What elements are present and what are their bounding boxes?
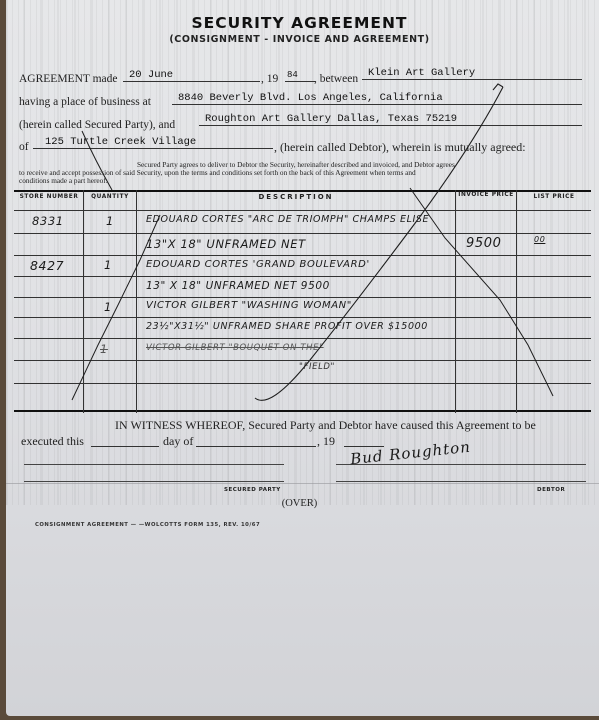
description-cell: EDOUARD CORTES "ARC DE TRIOMPH" CHAMPS E… (146, 214, 429, 225)
header-list-price: LIST PRICE (517, 194, 591, 201)
quantity-cell: 1 (104, 300, 112, 314)
column-divider (83, 190, 84, 413)
row-divider (14, 233, 591, 234)
witness-statement: IN WITNESS WHEREOF, Secured Party and De… (115, 418, 536, 433)
header-store-number: STORE NUMBER (18, 194, 80, 201)
description-cell: VICTOR GILBERT "BOUQUET ON THE" (146, 343, 324, 353)
secured-party-name-field: Klein Art Gallery (362, 67, 582, 80)
terms-line-3: conditions made a part hereof: (19, 177, 108, 185)
document-title: SECURITY AGREEMENT (0, 14, 599, 32)
row-divider (14, 383, 591, 384)
description-cell: "FIELD" (299, 362, 335, 372)
day-of-label: day of (163, 434, 193, 449)
year-prefix-label: , 19 (261, 73, 278, 85)
header-description: DESCRIPTION (137, 194, 455, 201)
debtor-signature-line (336, 481, 586, 482)
row-divider (14, 317, 591, 318)
secured-party-signature-line-upper (24, 464, 284, 465)
quantity-cell: 1 (100, 342, 108, 356)
quantity-cell: 1 (106, 214, 114, 228)
invoice-price-cell: 9500 (466, 236, 501, 251)
of-label: of (19, 141, 29, 153)
debtor-address-field: 125 Turtle Creek Village (33, 136, 273, 149)
paper-fold (6, 483, 599, 484)
description-cell: VICTOR GILBERT "WASHING WOMAN" (146, 300, 352, 311)
description-cell: EDOUARD CORTES 'GRAND BOULEVARD' (146, 259, 370, 270)
header-quantity: QUANTITY (84, 194, 136, 201)
list-price-cell: 00 (534, 235, 545, 244)
row-divider (14, 276, 591, 277)
form-footer: CONSIGNMENT AGREEMENT — —WOLCOTTS FORM 1… (35, 522, 260, 528)
row-divider (14, 255, 591, 256)
column-divider (455, 190, 456, 413)
store-number-cell: 8427 (30, 258, 64, 273)
debtor-called-label: , (herein called Debtor), wherein is mut… (274, 140, 526, 155)
document-subtitle: (CONSIGNMENT - INVOICE AND AGREEMENT) (0, 34, 599, 45)
month-field (196, 446, 316, 447)
description-cell: 13"X 18" UNFRAMED NET (146, 237, 306, 251)
header-invoice-price: INVOICE PRICE (456, 192, 516, 199)
row-divider (14, 338, 591, 339)
secured-party-label: (herein called Secured Party), and (19, 119, 175, 131)
business-address-field: 8840 Beverly Blvd. Los Angeles, Californ… (172, 92, 582, 105)
column-divider (136, 190, 137, 413)
agreement-year-field: 84 (285, 69, 315, 82)
description-cell: 23½"X31½" UNFRAMED SHARE PROFIT OVER $15… (146, 321, 428, 332)
secured-party-label: SECURED PARTY (224, 487, 281, 493)
agreement-date-field: 20 June (123, 69, 260, 82)
description-cell: 13" X 18" UNFRAMED NET 9500 (146, 280, 330, 292)
debtor-label: DEBTOR (537, 487, 565, 493)
row-divider (14, 210, 591, 211)
business-address-label: having a place of business at (19, 96, 151, 108)
debtor-name-field: Roughton Art Gallery Dallas, Texas 75219 (199, 113, 582, 126)
row-divider (14, 360, 591, 361)
agreement-made-label: AGREEMENT made (19, 73, 117, 85)
table-bottom-border (14, 410, 591, 412)
witness-year-label: , 19 (317, 434, 335, 449)
executed-label: executed this (21, 434, 84, 449)
over-label: (OVER) (0, 498, 599, 509)
quantity-cell: 1 (104, 258, 112, 272)
secured-party-signature-line (24, 481, 284, 482)
column-divider (516, 190, 517, 413)
items-table: STORE NUMBER QUANTITY DESCRIPTION INVOIC… (14, 190, 591, 413)
between-label: , between (314, 73, 358, 85)
row-divider (14, 297, 591, 298)
day-field (91, 446, 159, 447)
store-number-cell: 8331 (32, 214, 64, 228)
